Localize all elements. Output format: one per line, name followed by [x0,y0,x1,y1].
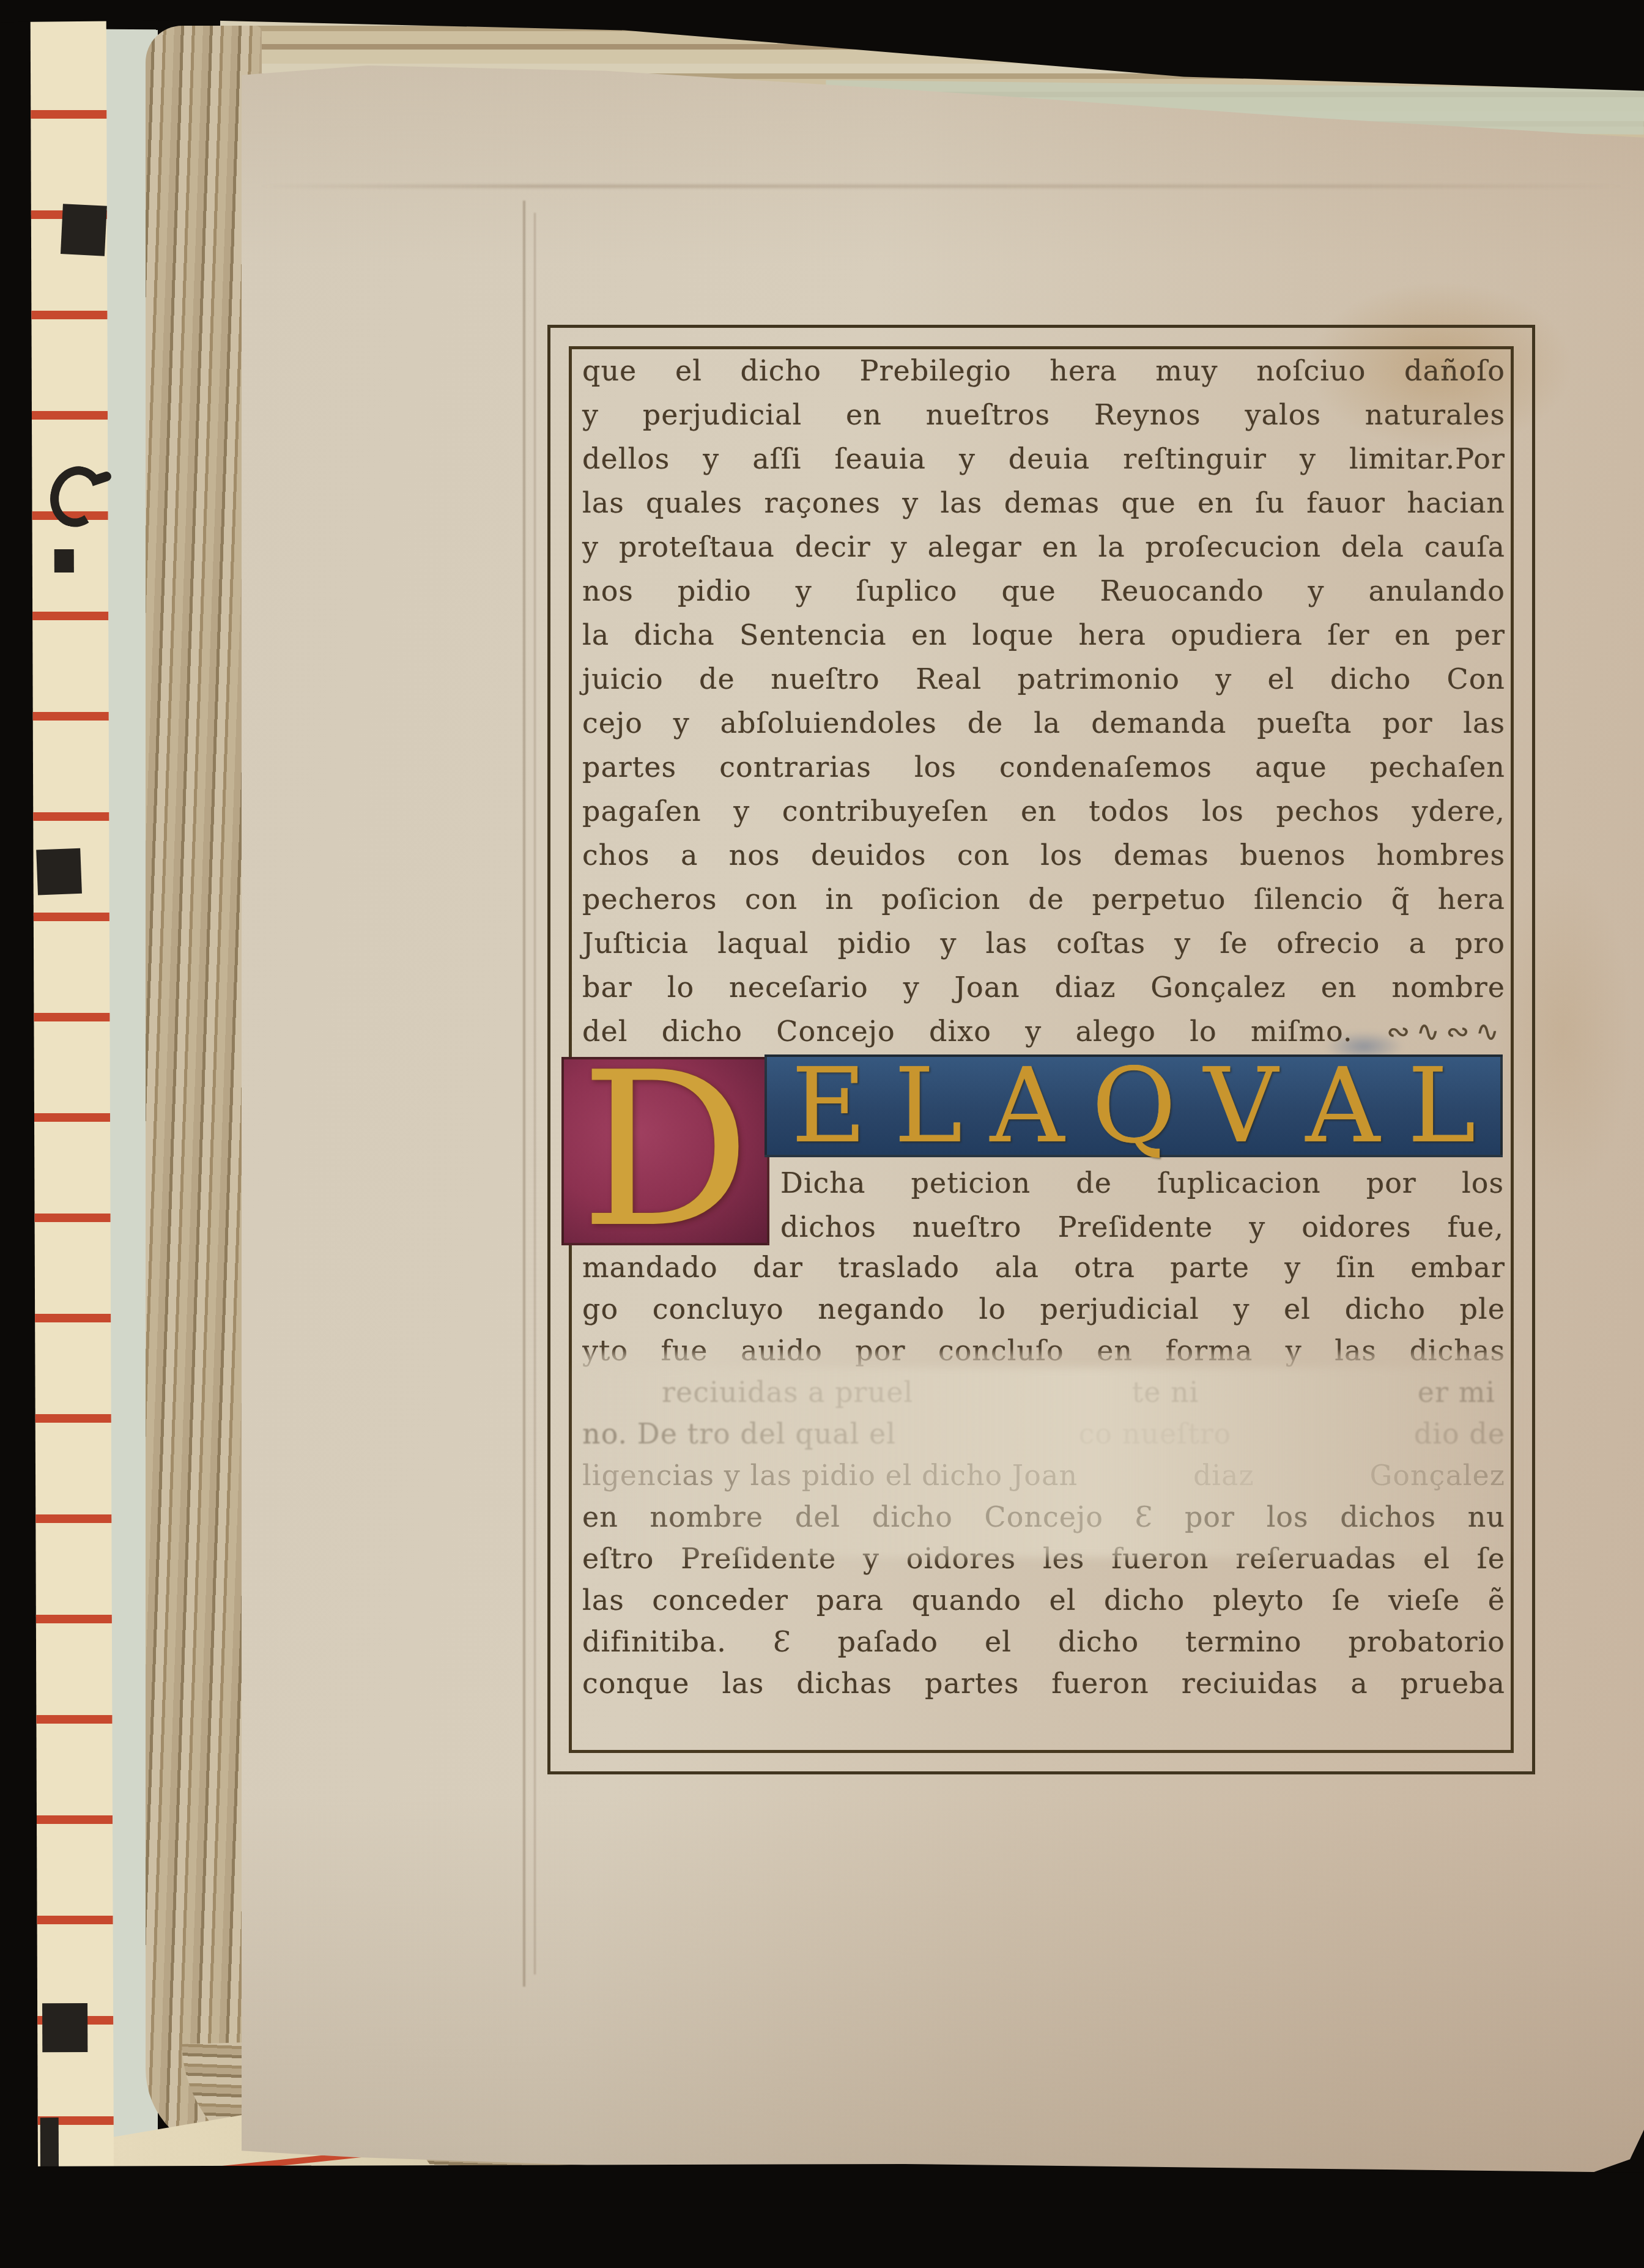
text-line: en nombre del dicho Concejo Ɛ por los di… [582,1496,1505,1538]
banner-letter: L [1407,1060,1476,1152]
text-line: las conceder para quando el dicho pleyto… [582,1579,1505,1621]
faded-fragment: no. De tro del qual el [582,1413,896,1455]
notation-mark-icon [54,549,74,573]
text-column: que el dicho Prebilegio hera muy noſciuo… [582,349,1505,1755]
text-line: difinitiba. Ɛ paſado el dicho termino pr… [582,1621,1505,1662]
background-bottom [0,2164,1644,2268]
red-ruled-page-edge [31,18,114,2218]
illuminated-initial-letter: D [580,1065,750,1237]
banner-letter: V [1204,1060,1278,1152]
text-frame-outer-rule: que el dicho Prebilegio hera muy noſciuo… [547,325,1535,1774]
banner-letter: L [894,1060,963,1152]
text-line: go concluyo negando lo perjudicial y el … [582,1288,1505,1330]
illuminated-heading: D E L A Q V A L Dicha peticion de ſuplic… [582,1053,1505,1247]
text-line: Dicha peticion de ſuplicacion por los [780,1161,1504,1205]
text-line: la dicha Sentencia en loque hera opudier… [582,613,1505,657]
text-line: dichos nueſtro Preſidente y oidores fue, [780,1205,1504,1249]
text-line: conque las dichas partes fueron reciuida… [582,1662,1505,1704]
text-line: pagaſen y contribuyeſen en todos los pec… [582,789,1505,833]
text-line: nos pidio y ſuplico que Reuocando y anul… [582,569,1505,613]
text-line: partes contrarias los condenaſemos aque … [582,745,1505,789]
faded-text-line: reciuidas a pruel te ni er mi [582,1371,1505,1413]
banner-letter: Q [1092,1060,1176,1152]
text-line: que el dicho Prebilegio hera muy noſciuo… [582,349,1505,393]
faded-fragment: co nueſtro [1079,1413,1232,1455]
line-filler-flourish-icon: ∾∿∾∿ [1387,1015,1505,1048]
faded-text-line: ligencias y las pidio el dicho Joan diaz… [582,1455,1505,1496]
manuscript-photo: que el dicho Prebilegio hera muy noſciuo… [0,0,1644,2268]
faded-fragment: diaz [1193,1455,1254,1496]
notation-mark-icon [36,848,82,895]
text-line: cejo y abſoluiendoles de la demanda pueſ… [582,701,1505,745]
text-line: dellos y aſſi ſeauia y deuia reſtinguir … [582,437,1505,481]
faded-fragment: er mi [1418,1371,1495,1413]
faded-fragment: reciuidas a pruel [662,1371,913,1413]
text-line: chos a nos deuidos con los demas buenos … [582,833,1505,877]
text-line: bar lo neceſario y Joan diaz Gonçalez en… [582,965,1505,1009]
notation-mark-icon [42,2003,87,2052]
text-line: y proteſtaua decir y alegar en la proſec… [582,525,1505,569]
text-line-faded: yto fue auido por concluſo en forma y la… [582,1330,1505,1371]
heading-banner: E L A Q V A L [765,1054,1503,1157]
text-line: Juſticia laqual pidio y las coſtas y ſe … [582,921,1505,965]
text-line: eſtro Preſidente y oidores les fueron re… [582,1538,1505,1579]
faded-text-line: no. De tro del qual el co nueſtro dio de [582,1413,1505,1455]
wrapped-lines: Dicha peticion de ſuplicacion por los di… [780,1161,1504,1249]
text-line: pecheros con in poſicion de perpetuo ſil… [582,877,1505,921]
text-line: las quales raçones y las demas que en ſu… [582,481,1505,525]
text-line: y perjudicial en nueſtros Reynos yalos n… [582,393,1505,437]
banner-letter: A [1306,1060,1380,1152]
banner-letter: E [791,1060,867,1152]
faded-fragment: ligencias y las pidio el dicho Joan [582,1455,1078,1496]
banner-letter: A [990,1060,1064,1152]
notation-mark-icon [61,204,107,256]
illuminated-initial-panel: D [561,1057,769,1245]
vellum-page: que el dicho Prebilegio hera muy noſciuo… [242,54,1644,2176]
faded-fragment: te ni [1132,1371,1199,1413]
faded-fragment: dio de [1414,1413,1505,1455]
text-line: juicio de nueſtro Real patrimonio y el d… [582,657,1505,701]
red-rule-bars [31,18,114,2218]
faded-fragment: Gonçalez [1370,1455,1505,1496]
